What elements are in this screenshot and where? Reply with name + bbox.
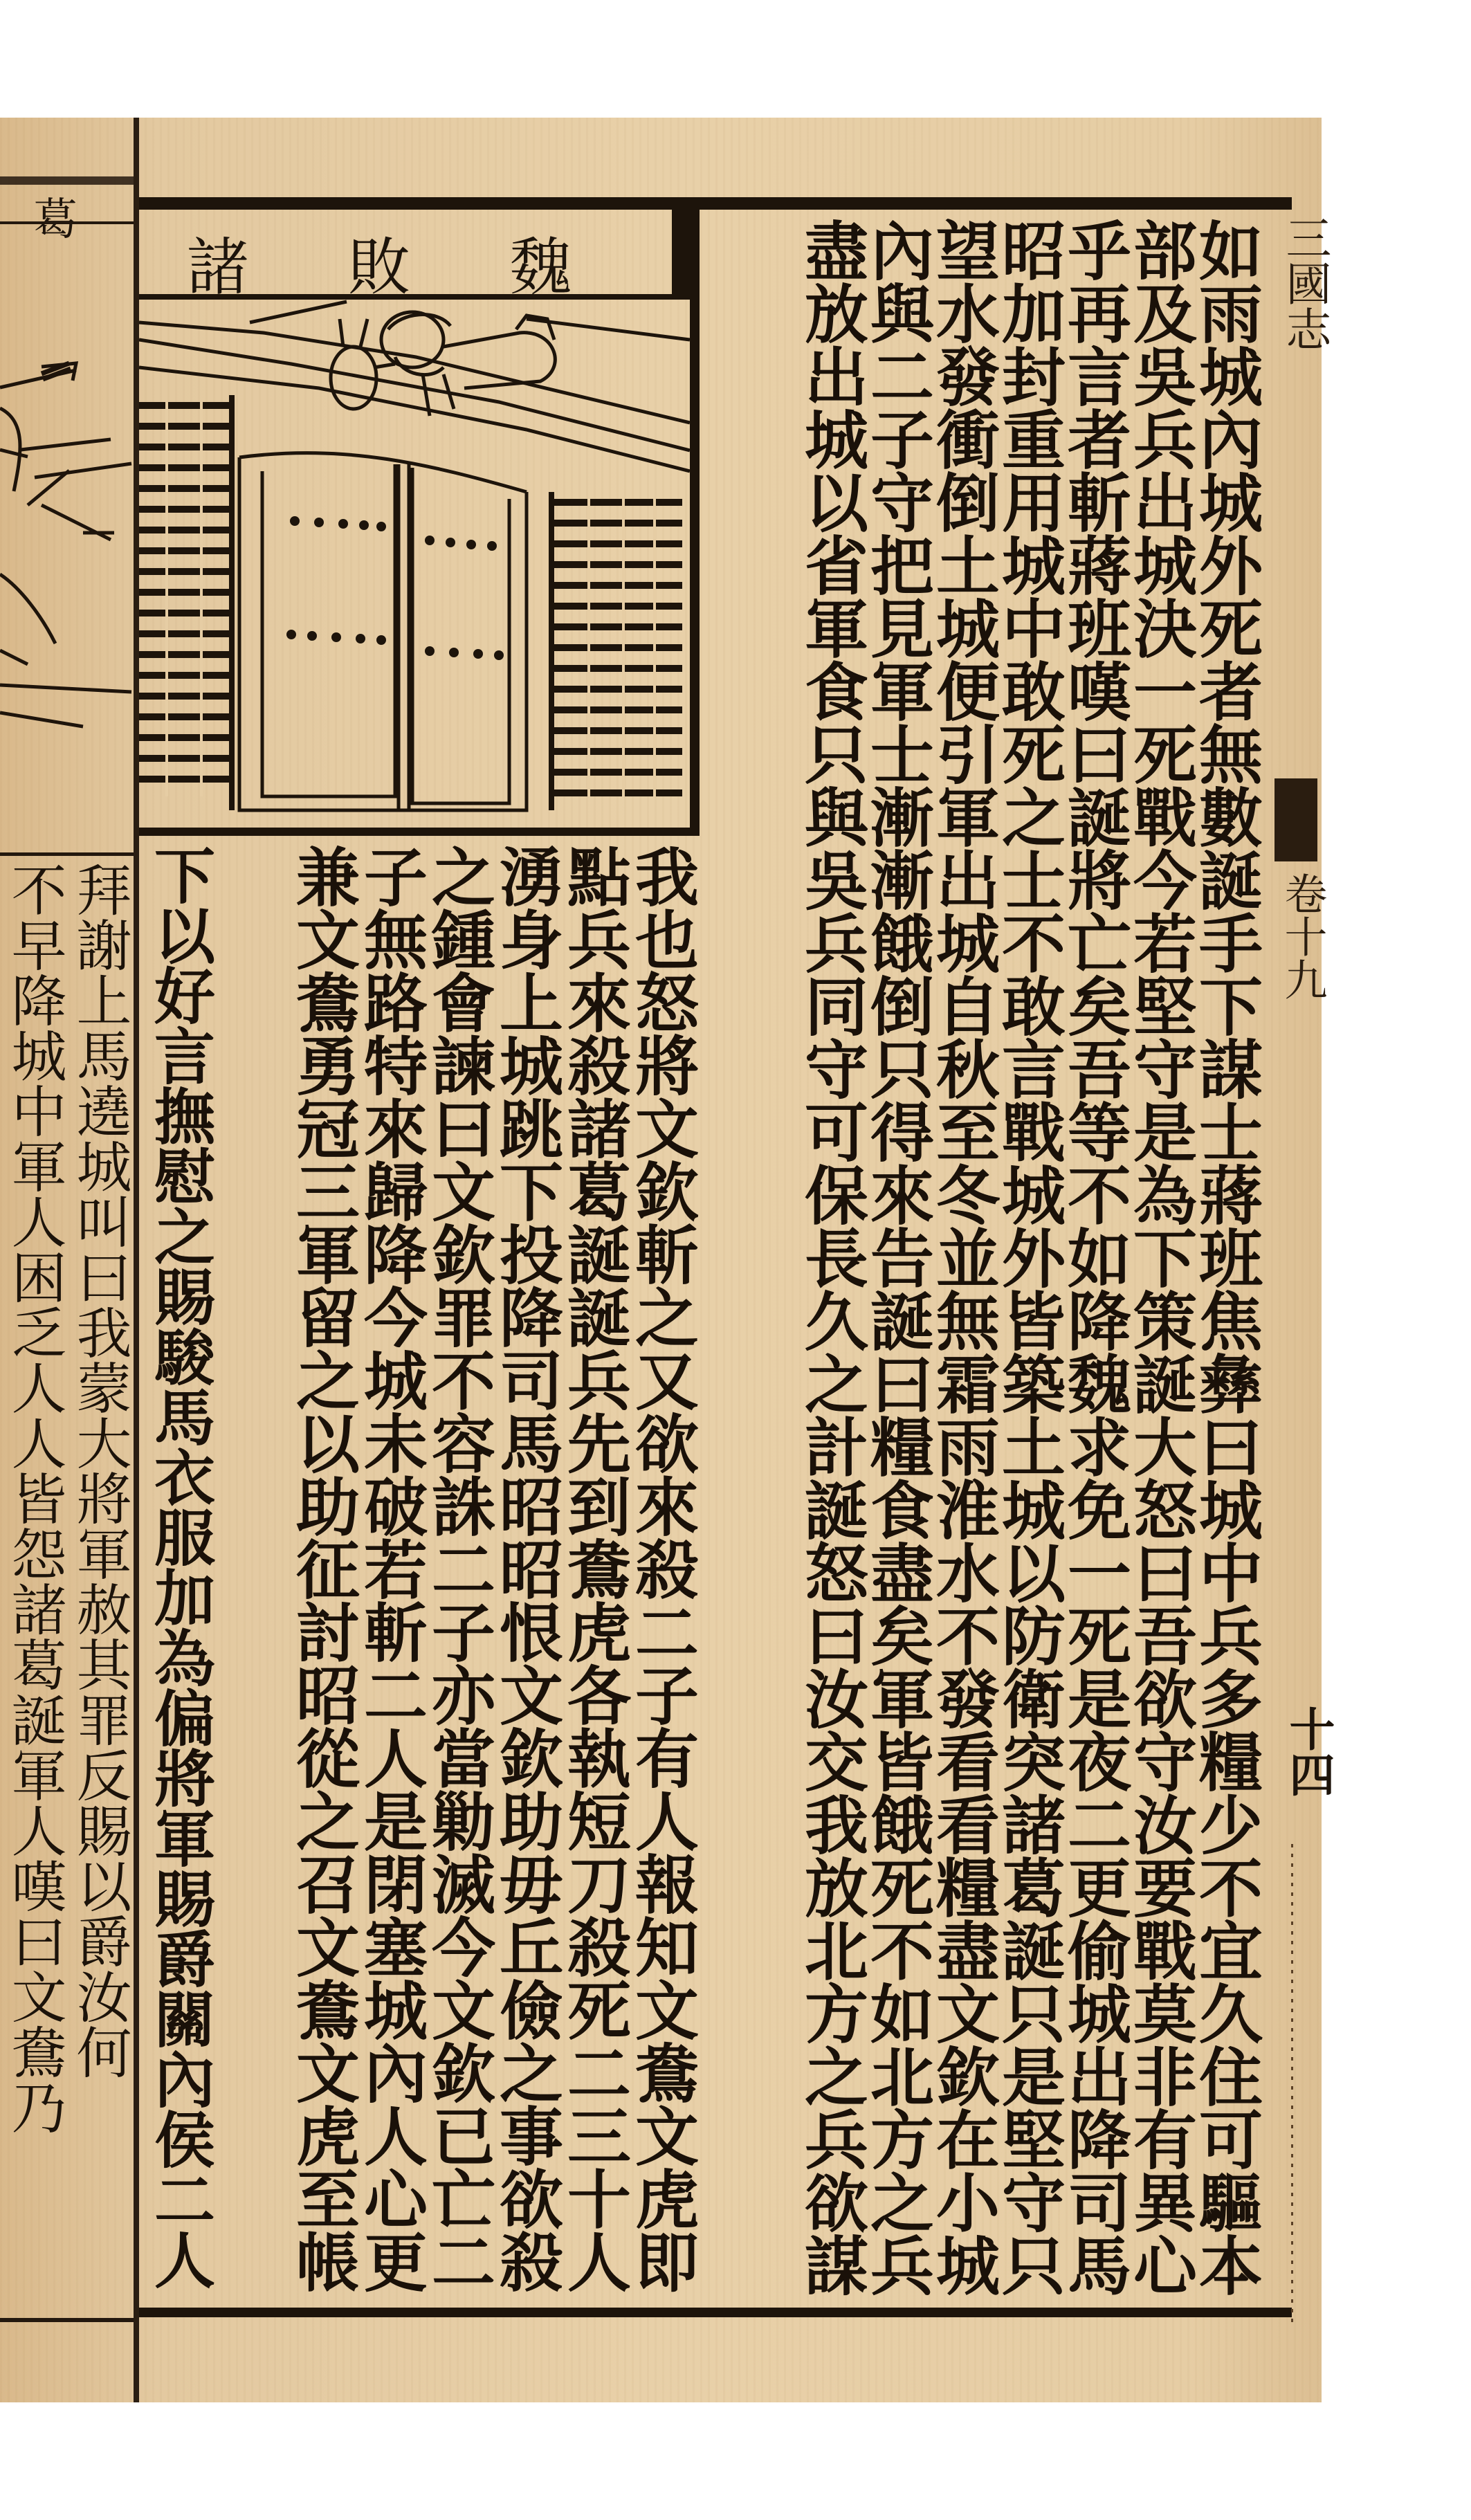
text-column: 望水發衝倒土城便引軍出城自秋至冬並無霜雨淮水不發看看糧盡文欽在小城 <box>931 218 995 2296</box>
text-column: 內與二子守把見軍士漸漸餓倒只得來告誕曰糧食盡矣軍皆餓死不如北方之兵 <box>866 218 929 2296</box>
caption-char: 魏 <box>509 217 576 307</box>
illustration-caption-band: 魏 敗 諸 <box>139 210 700 298</box>
city-gate-illustration <box>139 298 690 828</box>
frame-top-rule <box>139 197 1292 210</box>
text-column: 昭加封重用城中敢死之士不敢言戰城外皆築土城以防衛突諸葛誕只是堅守只 <box>997 218 1061 2296</box>
text-column: 點兵來殺諸葛誕誕兵先到鴦虎各執短刀殺死二三十人 <box>563 844 626 2292</box>
text-column: 兼文鴦勇冠三軍留之以助征討昭從之召文鴦文虎至帳 <box>291 844 355 2292</box>
fish-tail-mark <box>1274 778 1317 861</box>
caption-char: 敗 <box>348 217 414 307</box>
illustration-caption: 魏 敗 諸 <box>139 217 623 307</box>
text-column: 之鍾會諫曰文欽罪不容誅二子亦當勦滅今文欽已亡二 <box>427 844 491 2292</box>
caption-char: 諸 <box>187 217 253 307</box>
text-column: 湧身上城跳下投降司馬昭昭恨文欽助毋丘儉之事欲殺 <box>495 844 558 2292</box>
left-page-illustration-fragment <box>0 228 134 962</box>
left-page-bottom-rule <box>0 2318 134 2322</box>
margin-dotted-line <box>1291 1844 1293 2328</box>
illustration-block: 魏 敗 諸 <box>139 210 700 836</box>
left-page-caption-rule <box>0 221 134 224</box>
frame-bottom-rule <box>139 2308 1292 2317</box>
illustration-right-border <box>690 294 700 836</box>
text-column: 如雨城內城外死者無數誕手下謀士蔣班焦彝曰城中兵多糧少不宜久住可驅本 <box>1194 218 1258 2296</box>
text-column: 盡放出城以省軍食只與吳兵同守可保長久之計誕怒曰汝交我放北方之兵欲謀 <box>800 218 864 2296</box>
folio-number: 十四 <box>1276 1706 1342 1797</box>
left-page-text-column: 拜謝上馬遶城叫曰我蒙大將軍赦其罪反賜以爵汝何 <box>68 861 130 2079</box>
caption-end-block <box>672 210 700 298</box>
text-column: 乎再言者斬蔣班嘆曰誕將亡矣吾等不如降魏求免一死是夜二更偷城出降司馬 <box>1063 218 1126 2296</box>
text-column: 我也怒將文欽斬之又欲來殺二子有人報知文鴦文虎即 <box>630 844 694 2292</box>
left-page-text-column: 不早降城中軍人困乏人人皆怨諸葛誕軍人嘆曰文鴦乃 <box>3 861 65 2135</box>
text-column: 下以好言撫慰之賜駿馬衣服加為偏將軍賜爵關內侯二人 <box>147 844 214 2289</box>
illustration-bottom-border <box>139 828 700 836</box>
text-column: 部及吳兵出城決一死戰今若堅守是為下策誕大怒曰吾欲守汝要戰莫非有異心 <box>1129 218 1192 2296</box>
banxin-margin: 三國志 卷十九 十四 <box>1266 197 1322 2325</box>
text-column: 子無路特來歸降今城未破若斬二人是閉塞城內人心更 <box>359 844 423 2292</box>
main-page-frame: 魏 敗 諸 <box>139 197 1292 2325</box>
page-fold <box>134 118 139 2402</box>
left-page-middle-rule <box>0 852 134 856</box>
left-facing-page: 葛 拜謝上馬遶城叫曰我蒙大將軍赦其罪反賜以爵汝何 不早降城中軍人困乏人人皆怨諸葛… <box>0 118 134 2402</box>
juan-number: 卷十九 <box>1272 872 1333 1001</box>
book-title: 三國志 <box>1272 214 1337 351</box>
